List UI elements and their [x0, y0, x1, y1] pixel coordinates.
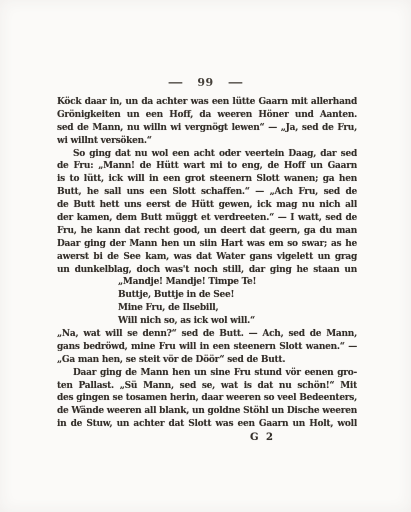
text-line: de Wände weeren all blank, un goldne Stö…: [57, 405, 357, 418]
verse-line: Buttje, Buttje in de See!: [57, 289, 357, 302]
text-line: awerst bi de See kam, was dat Water gans…: [57, 251, 357, 264]
verse-line: „Mandje! Mandje! Timpe Te!: [57, 276, 357, 289]
text-line: „Ga man hen, se steit vör de Döör“ sed d…: [57, 354, 357, 367]
signature-mark: G 2: [250, 432, 275, 443]
text-line: Daar ging der Mann hen un siin Hart was …: [57, 238, 357, 251]
book-page: — 99 — Köck daar in, un da achter was ee…: [0, 0, 411, 512]
text-line: gans bedröwd, mine Fru will in een steen…: [57, 341, 357, 354]
page-number: 99: [197, 76, 213, 89]
text-line: Köck daar in, un da achter was een lütte…: [57, 96, 357, 109]
text-block: Köck daar in, un da achter was een lütte…: [57, 96, 357, 431]
text-line: de Fru: „Mann! de Hütt wart mi to eng, d…: [57, 160, 357, 173]
text-line: Grönigkeiten un een Hoff, da weeren Höne…: [57, 109, 357, 122]
text-line: wi willnt versöken.“: [57, 135, 357, 148]
text-line: ten Pallast. „Sü Mann, sed se, wat is da…: [57, 380, 357, 393]
verse-line: Mine Fru, de Ilsebill,: [57, 302, 357, 315]
text-line: der kamen, dem Butt müggt et verdreeten.…: [57, 212, 357, 225]
text-line: is to lütt, ick will in een grot steener…: [57, 173, 357, 186]
text-line: sed de Mann, nu willn wi vergnögt lewen“…: [57, 122, 357, 135]
text-line: in de Stuw, un achter dat Slott was een …: [57, 418, 357, 431]
text-line: „Na, wat will se denn?“ sed de Butt. — A…: [57, 328, 357, 341]
text-line: Daar ging de Mann hen un sine Fru stund …: [57, 367, 357, 380]
header-left-dash: —: [168, 76, 184, 89]
header-right-dash: —: [227, 76, 243, 89]
text-line: de Butt hett uns eerst de Hütt gewen, ic…: [57, 199, 357, 212]
text-line: Butt, he sall uns een Slott schaffen.“ —…: [57, 186, 357, 199]
text-line: des gingen se tosamen herin, daar weeren…: [57, 392, 357, 405]
text-line: So ging dat nu wol een acht oder veertei…: [57, 148, 357, 161]
text-line: Fru, he kann dat recht good, un deert da…: [57, 225, 357, 238]
text-line: un dunkelblag, doch was't noch still, da…: [57, 264, 357, 277]
page-header: — 99 —: [0, 76, 411, 89]
verse-line: Will nich so, as ick wol will.“: [57, 315, 357, 328]
